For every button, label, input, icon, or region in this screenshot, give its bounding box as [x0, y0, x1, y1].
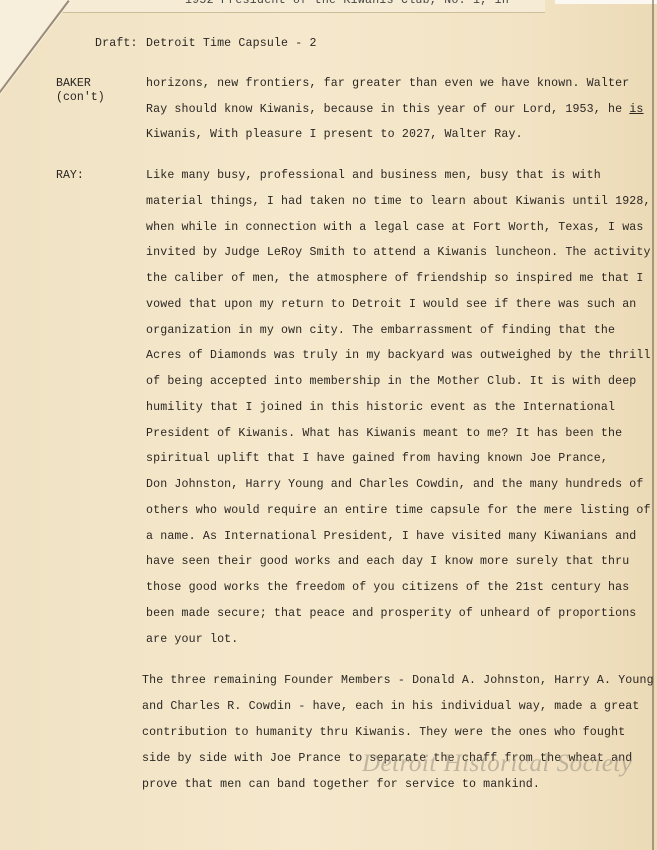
text-line: The three remaining Founder Members - Do…: [142, 674, 654, 687]
text-line: spiritual uplift that I have gained from…: [146, 452, 608, 465]
page-edge: [652, 0, 654, 850]
text-segment: Ray should know Kiwanis, because in this…: [146, 103, 629, 116]
text-line: the caliber of men, the atmosphere of fr…: [146, 272, 644, 285]
draft-label: Draft:: [95, 37, 138, 50]
text-line: contribution to humanity thru Kiwanis. T…: [142, 726, 625, 739]
speaker-ray: RAY:: [56, 169, 84, 183]
text-line: and Charles R. Cowdin - have, each in hi…: [142, 700, 640, 713]
underlying-page-strip: 1952 President of the Kiwanis Club, No. …: [55, 0, 545, 13]
text-line: those good works the freedom of you citi…: [146, 581, 629, 594]
text-line: a name. As International President, I ha…: [146, 530, 636, 543]
text-line: President of Kiwanis. What has Kiwanis m…: [146, 427, 622, 440]
text-line: Acres of Diamonds was truly in my backya…: [146, 349, 651, 362]
text-line: organization in my own city. The embarra…: [146, 324, 615, 337]
underlying-page-text: 1952 President of the Kiwanis Club, No. …: [185, 0, 509, 7]
document-title: Detroit Time Capsule - 2: [146, 37, 317, 50]
text-line: Like many busy, professional and busines…: [146, 169, 601, 182]
text-line: Ray should know Kiwanis, because in this…: [146, 103, 644, 116]
text-line: been made secure; that peace and prosper…: [146, 607, 636, 620]
document-page: 1952 President of the Kiwanis Club, No. …: [0, 0, 657, 850]
text-line: humility that I joined in this historic …: [146, 401, 615, 414]
underlined-word: is: [629, 103, 643, 116]
text-line: prove that men can band together for ser…: [142, 778, 540, 791]
speaker-baker: BAKER: [56, 77, 91, 91]
text-line: material things, I had taken no time to …: [146, 195, 651, 208]
text-line: Kiwanis, With pleasure I present to 2027…: [146, 128, 523, 141]
text-line: have seen their good works and each day …: [146, 555, 629, 568]
text-line: horizons, new frontiers, far greater tha…: [146, 77, 629, 90]
text-line: invited by Judge LeRoy Smith to attend a…: [146, 246, 651, 259]
text-line: Don Johnston, Harry Young and Charles Co…: [146, 478, 644, 491]
text-line: vowed that upon my return to Detroit I w…: [146, 298, 636, 311]
text-line: of being accepted into membership in the…: [146, 375, 636, 388]
text-line: when while in connection with a legal ca…: [146, 221, 644, 234]
text-line: are your lot.: [146, 633, 238, 646]
background-gap: [555, 0, 657, 4]
speaker-note: (con't): [56, 91, 105, 105]
watermark: Detroit Historical Society: [362, 750, 632, 778]
text-line: others who would require an entire time …: [146, 504, 651, 517]
